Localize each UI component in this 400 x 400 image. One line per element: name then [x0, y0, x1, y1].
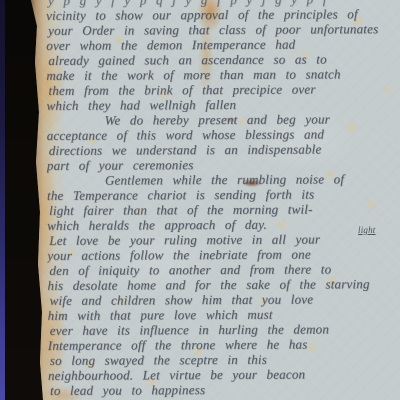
interlinear-insertion: light	[358, 226, 376, 235]
scanned-document-page: y p g y f y p q j y g f p y j g y p f vi…	[0, 0, 400, 400]
handwritten-text-block: y p g y f y p q j y g f p y j g y p f vi…	[46, 0, 399, 398]
manuscript-line: to lead you to happiness	[48, 381, 399, 398]
manuscript-paper: y p g y f y p q j y g f p y j g y p f vi…	[0, 0, 400, 400]
